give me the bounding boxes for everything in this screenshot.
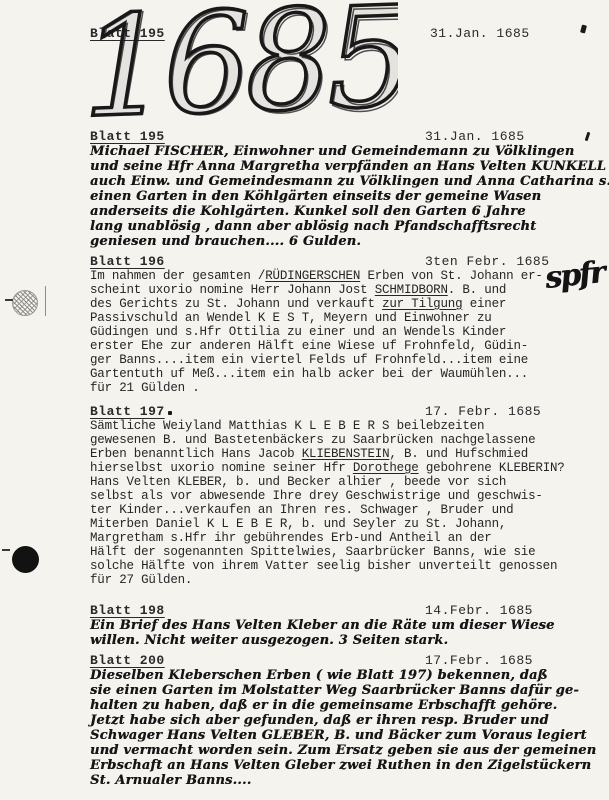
text-line: und seine Hfr Anna Margretha verpfänden … (90, 159, 591, 174)
blatt-section: Blatt 19717. Febr. 1685Sämtliche Weiylan… (90, 405, 591, 587)
text-line: scheint uxorio nomine Herr Johann Jost S… (90, 283, 591, 297)
date-label: 17. Febr. 1685 (425, 405, 541, 418)
section-heading: Blatt 19717. Febr. 1685 (90, 405, 591, 418)
blatt-section: Blatt 20017.Febr. 1685Dieselben Klebersc… (90, 654, 591, 788)
text-line: Margretham s.Hfr ihr gebührendes Erb-und… (90, 531, 591, 545)
section-body: Michael FISCHER, Einwohner und Gemeindem… (90, 144, 591, 249)
header-date-label: 31.Jan. 1685 (430, 26, 530, 41)
blatt-label: Blatt 196 (90, 254, 165, 269)
section-heading: Blatt 20017.Febr. 1685 (90, 654, 591, 667)
hatched-hole-mark (12, 290, 38, 316)
text-line: solche Hälfte von ihrem Vatter seelig bi… (90, 559, 591, 573)
blatt-section: Blatt 1963ten Febr. 1685Im nahmen der ge… (90, 255, 591, 395)
section-body: Dieselben Kleberschen Erben ( wie Blatt … (90, 668, 591, 788)
text-line: Im nahmen der gesamten /RÜDINGERSCHEN Er… (90, 269, 591, 283)
text-line: für 27 Gülden. (90, 573, 591, 587)
blatt-label: Blatt 200 (90, 653, 165, 668)
handwritten-year-graphic: 1685 1685 (88, 0, 398, 142)
text-line: willen. Nicht weiter ausgezogen. 3 Seite… (90, 633, 591, 648)
text-line: Erben benanntlich Hans Jacob KLIEBENSTEI… (90, 447, 591, 461)
text-line: Schwager Hans Velten GLEBER, B. und Bäck… (90, 728, 591, 743)
text-line: St. Arnualer Banns.... (90, 773, 591, 788)
blatt-label: Blatt 197 (90, 404, 165, 419)
text-line: anderseits die Kohlgärten. Kunkel soll d… (90, 204, 591, 219)
text-line: lang unablösig , dann aber ablösig nach … (90, 219, 591, 234)
text-line: sie einen Garten im Molstatter Weg Saarb… (90, 683, 591, 698)
page-header: Blatt 195 31.Jan. 1685 1685 1685 (0, 0, 609, 128)
text-line: ger Banns....item ein viertel Felds uf F… (90, 353, 591, 367)
text-line: selbst als vor abwesende Ihre drey Gesch… (90, 489, 591, 503)
section-heading: Blatt 19814.Febr. 1685 (90, 604, 591, 617)
text-line: Erbschaft an Hans Velten Gleber zwei Rut… (90, 758, 591, 773)
year-text-echo: 1685 (88, 0, 398, 142)
text-line: Hälft der sogenannten Spittelwies, Saarb… (90, 545, 591, 559)
scanned-document-page: Blatt 195 31.Jan. 1685 1685 1685 Blatt 1… (0, 0, 609, 800)
date-label: 14.Febr. 1685 (425, 604, 533, 617)
blatt-section: Blatt 19814.Febr. 1685Ein Brief des Hans… (90, 604, 591, 648)
text-line: auch Einw. und Gemeindesmann zu Völkling… (90, 174, 591, 189)
margin-pen-stroke (45, 286, 46, 316)
blatt-label: Blatt 195 (90, 129, 165, 144)
section-heading: Blatt 1963ten Febr. 1685 (90, 255, 591, 268)
text-line: Michael FISCHER, Einwohner und Gemeindem… (90, 144, 591, 159)
text-line: Passivschuld an Wendel K E S T, Meyern u… (90, 311, 591, 325)
text-line: Dieselben Kleberschen Erben ( wie Blatt … (90, 668, 591, 683)
text-line: erster Ehe zur anderen Hälft eine Wiese … (90, 339, 591, 353)
date-label: 31.Jan. 1685 (425, 130, 525, 143)
text-line: Hans Velten KLEBER, b. und Becker alhier… (90, 475, 591, 489)
text-line: Güdingen und s.Hfr Ottilia zu einer und … (90, 325, 591, 339)
text-line: Miterben Daniel K L E B E R, b. und Seyl… (90, 517, 591, 531)
black-dot-mark (12, 546, 39, 573)
date-label: 3ten Febr. 1685 (425, 255, 550, 268)
margin-pen-annotation: spfr (543, 255, 605, 296)
margin-dash-mark (2, 549, 10, 551)
section-body: Sämtliche Weiyland Matthias K L E B E R … (90, 419, 591, 587)
margin-dash-mark (5, 299, 13, 301)
text-line: und vermacht worden sein. Zum Ersatz geb… (90, 743, 591, 758)
text-line: Sämtliche Weiyland Matthias K L E B E R … (90, 419, 591, 433)
blatt-section: Blatt 19531.Jan. 1685Michael FISCHER, Ei… (90, 130, 591, 249)
text-line: Gartentuth uf Meß...item ein halb acker … (90, 367, 591, 381)
ink-speck (168, 411, 172, 415)
sections: Blatt 19531.Jan. 1685Michael FISCHER, Ei… (0, 130, 609, 788)
date-label: 17.Febr. 1685 (425, 654, 533, 667)
text-line: halten zu haben, daß er in die gemeinsam… (90, 698, 591, 713)
text-line: ter Kinder...verkaufen an Ihren res. Sch… (90, 503, 591, 517)
text-line: einen Garten in den Köhlgärten einseits … (90, 189, 591, 204)
text-line: gewesenen B. und Bastetenbäckers zu Saar… (90, 433, 591, 447)
section-heading: Blatt 19531.Jan. 1685 (90, 130, 591, 143)
text-line: des Gerichts zu St. Johann und verkauft … (90, 297, 591, 311)
text-line: geniesen und brauchen.... 6 Gulden. (90, 234, 591, 249)
text-line: hierselbst uxorio nomine seiner Hfr Doro… (90, 461, 591, 475)
text-line: Jetzt habe sich aber gefunden, daß er ih… (90, 713, 591, 728)
section-body: Im nahmen der gesamten /RÜDINGERSCHEN Er… (90, 269, 591, 395)
blatt-label: Blatt 198 (90, 603, 165, 618)
section-body: Ein Brief des Hans Velten Kleber an die … (90, 618, 591, 648)
text-line: für 21 Gülden . (90, 381, 591, 395)
text-line: Ein Brief des Hans Velten Kleber an die … (90, 618, 591, 633)
